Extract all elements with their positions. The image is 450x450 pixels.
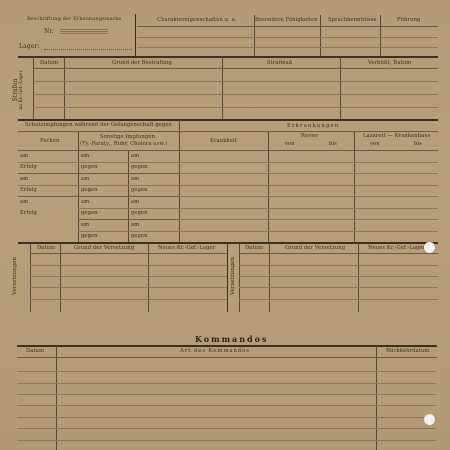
- vacc-row-line: [18, 196, 179, 197]
- transfer-right-col-reason: Grund der Versetzung: [285, 245, 345, 251]
- other-vacc-cell: am: [81, 222, 89, 228]
- punish-col-served: Verbüßt, Datum: [368, 60, 411, 66]
- section-divider: [18, 56, 438, 58]
- kommandos-title: Kommandos: [195, 334, 268, 344]
- nr-label: Nr.: [44, 28, 54, 35]
- punish-col-reason: Grund der Bestrafung: [112, 60, 172, 66]
- illness-col-hospital: Lazarett — Krankenhaus: [363, 133, 431, 139]
- header-col-abilities: Besondere Fähigkeiten: [255, 17, 318, 23]
- header-col-divider: [380, 15, 381, 56]
- transfer-right-col-date: Datum: [245, 245, 263, 251]
- transfer-left-col-date: Datum: [37, 245, 55, 251]
- header-col-divider: [254, 15, 255, 56]
- other-vacc-cell: am: [131, 222, 139, 228]
- kommandos-col-date: Datum: [26, 348, 44, 354]
- header-row-line: [137, 26, 438, 27]
- transfer-left-row-line: [30, 265, 227, 266]
- other-vacc-cell: gegen: [81, 233, 98, 239]
- transfer-left-side-label: Versetzungen: [12, 251, 18, 301]
- nr-line-1: [60, 29, 108, 30]
- transfer-left-col-reason: Grund der Versetzung: [74, 245, 134, 251]
- transfer-right-col-camp: Neues Kr.-Gef.-Lager: [368, 245, 425, 251]
- tag-label: Beschriftung der Erkennungsmarke: [27, 16, 121, 22]
- header-col-character: Charaktereigenschaften u. a.: [157, 17, 236, 23]
- punish-row-line: [33, 81, 438, 82]
- illness-row-line: [179, 173, 438, 174]
- vacc-col-pocken: Pocken: [40, 138, 59, 144]
- illness-row-line: [179, 231, 438, 232]
- other-vacc-cell: gegen: [81, 187, 98, 193]
- punish-col-divider: [340, 57, 341, 119]
- vacc-row-line: [18, 185, 179, 186]
- punish-row-line: [33, 107, 438, 108]
- kommandos-row-line: [17, 383, 436, 384]
- illness-col-infirmary: Revier: [301, 133, 319, 139]
- transfer-right-row-line: [239, 287, 438, 288]
- illness-revier-from: von: [285, 141, 295, 147]
- punish-row-line: [33, 68, 438, 69]
- other-vacc-cell: gegen: [81, 210, 98, 216]
- record-card: Beschriftung der Erkennungsmarke Nr. Lag…: [0, 0, 450, 450]
- kommandos-top-line: [17, 345, 437, 347]
- other-vacc-cell: am: [131, 153, 139, 159]
- illness-revier-to: bis: [329, 141, 337, 147]
- transfer-right-row-line: [239, 299, 438, 300]
- transfer-right-side-label: Versetzungen: [230, 251, 236, 301]
- punish-side-divider: [33, 57, 34, 119]
- pocken-cell: am: [20, 199, 28, 205]
- other-vacc-cell: gegen: [131, 164, 148, 170]
- illness-row-line: [179, 162, 438, 163]
- header-divider: [135, 14, 136, 56]
- other-vacc-cell: am: [81, 153, 89, 159]
- vacc-title-line: [18, 131, 179, 132]
- other-vacc-cell: gegen: [131, 233, 148, 239]
- punish-col-date: Datum: [40, 60, 58, 66]
- header-row-line: [137, 47, 438, 48]
- other-vacc-cell: gegen: [81, 164, 98, 170]
- illness-row-line: [179, 196, 438, 197]
- vacc-row-line: [78, 208, 179, 209]
- kommandos-row-line: [17, 394, 436, 395]
- other-vacc-cell: am: [81, 176, 89, 182]
- other-vacc-cell: gegen: [131, 187, 148, 193]
- punish-col-divider: [222, 57, 223, 119]
- transfer-mid-divider: [227, 243, 228, 312]
- illness-lazarett-to: bis: [414, 141, 422, 147]
- kommandos-row-line: [17, 371, 436, 372]
- illness-title-line: [179, 131, 438, 132]
- nr-line-2: [60, 31, 108, 32]
- transfer-left-row-line: [30, 253, 227, 254]
- kommandos-col-divider: [56, 346, 57, 450]
- kommandos-header-line: [17, 357, 437, 358]
- kommandos-col-type: Art des Kommandos: [180, 348, 250, 354]
- vacc-row-line: [18, 173, 179, 174]
- pocken-cell: am: [20, 153, 28, 159]
- lager-field[interactable]: [44, 49, 132, 50]
- header-col-divider: [320, 15, 321, 56]
- pocken-cell: am: [20, 176, 28, 182]
- section-divider: [18, 242, 438, 244]
- kommandos-row-line: [17, 428, 436, 429]
- illness-row-line: [179, 185, 438, 186]
- vacc-col-other-2: (Ty.-Paraty., Ruhr, Cholera usw.): [80, 141, 167, 147]
- pocken-cell: Erfolg: [20, 164, 37, 170]
- illness-lazarett-from: von: [370, 141, 380, 147]
- other-vacc-cell: am: [131, 199, 139, 205]
- header-col-conduct: Führung: [397, 17, 420, 23]
- transfer-right-row-line: [239, 265, 438, 266]
- vacc-row-line: [78, 231, 179, 232]
- kommandos-row-line: [17, 405, 436, 406]
- illness-col-disease: Krankheit: [210, 138, 237, 144]
- vacc-title: Schutzimpfungen während der Gefangenscha…: [25, 122, 172, 128]
- vacc-illness-divider: [179, 120, 180, 242]
- transfer-left-row-line: [30, 299, 227, 300]
- other-vacc-cell: am: [81, 199, 89, 205]
- transfer-right-row-line: [239, 276, 438, 277]
- header-col-languages: Sprachkenntnisse: [328, 17, 377, 23]
- transfer-left-row-line: [30, 287, 227, 288]
- punish-side-label-2: im Kr.-Gef.-Lager: [19, 65, 25, 115]
- punish-row-line: [33, 94, 438, 95]
- transfer-right-row-line: [239, 253, 438, 254]
- other-vacc-cell: am: [131, 176, 139, 182]
- transfer-left-col-camp: Neues Kr.-Gef.-Lager: [158, 245, 215, 251]
- pocken-cell: Erfolg: [20, 187, 37, 193]
- illness-row-line: [179, 219, 438, 220]
- nr-line-3: [60, 33, 108, 34]
- vacc-row-line: [18, 162, 179, 163]
- punish-side-label: Strafen im Kr.-Gef.-Lager: [13, 65, 25, 115]
- section-divider: [18, 119, 438, 121]
- illness-title: Erkrankungen: [287, 123, 339, 129]
- vacc-col-other-1: Sonstige Impfungen: [100, 134, 155, 140]
- illness-row-line: [179, 208, 438, 209]
- punish-col-penalty: Strafmaß: [267, 60, 292, 66]
- punch-hole: [424, 414, 435, 425]
- pocken-cell: Erfolg: [20, 210, 37, 216]
- kommandos-col-divider: [376, 346, 377, 450]
- kommandos-row-line: [17, 417, 436, 418]
- vacc-row-line: [78, 219, 179, 220]
- punish-col-divider: [64, 57, 65, 119]
- other-vacc-cell: gegen: [131, 210, 148, 216]
- kommandos-col-return: Rückkehrdatum: [386, 348, 429, 354]
- kommandos-row-line: [17, 440, 436, 441]
- illness-col-divider: [354, 131, 355, 242]
- header-row-line: [137, 37, 438, 38]
- illness-col-divider: [268, 131, 269, 242]
- transfer-left-row-line: [30, 276, 227, 277]
- punch-hole: [424, 242, 435, 253]
- lager-label: Lager:: [19, 43, 39, 50]
